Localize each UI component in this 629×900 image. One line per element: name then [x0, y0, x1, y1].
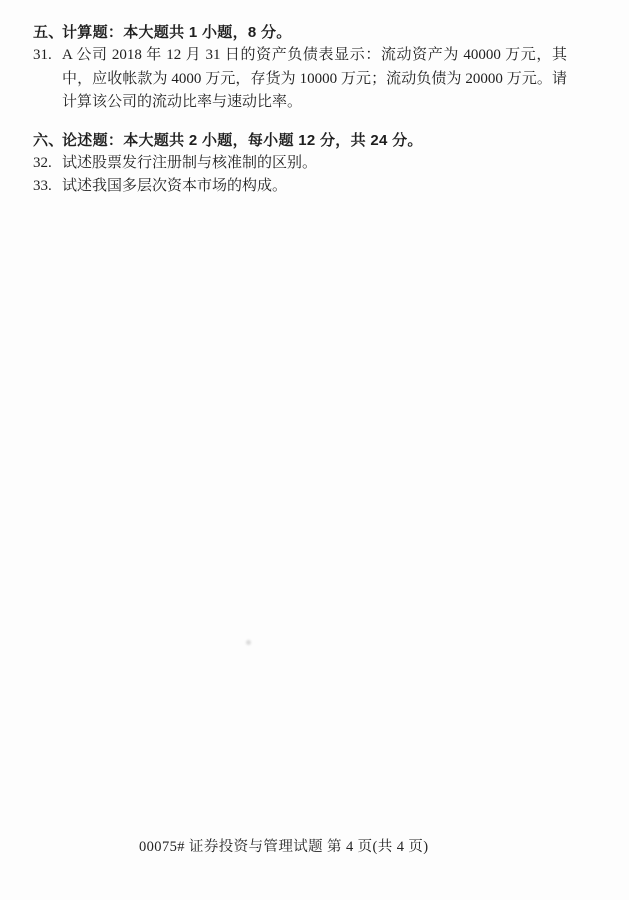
- section-number: 六、: [33, 129, 62, 152]
- question-31: 31. A 公司 2018 年 12 月 31 日的资产负债表显示：流动资产为 …: [33, 44, 567, 114]
- question-number: 32.: [33, 152, 62, 175]
- question-text: 试述股票发行注册制与核准制的区别。: [62, 152, 567, 175]
- section-heading-text: 计算题：本大题共 1 小题，8 分。: [62, 21, 567, 44]
- question-number: 31.: [33, 44, 62, 114]
- section-heading-text: 论述题：本大题共 2 小题，每小题 12 分，共 24 分。: [62, 129, 567, 152]
- question-33: 33. 试述我国多层次资本市场的构成。: [33, 175, 567, 198]
- section-heading: 六、 论述题：本大题共 2 小题，每小题 12 分，共 24 分。: [33, 129, 567, 152]
- section-essay: 六、 论述题：本大题共 2 小题，每小题 12 分，共 24 分。 32. 试述…: [33, 129, 567, 199]
- scan-artifact-dot: [246, 640, 251, 645]
- question-text: 试述我国多层次资本市场的构成。: [62, 175, 567, 198]
- section-number: 五、: [33, 21, 62, 44]
- page-footer: 00075# 证券投资与管理试题 第 4 页(共 4 页): [139, 837, 429, 857]
- exam-content: 五、 计算题：本大题共 1 小题，8 分。 31. A 公司 2018 年 12…: [33, 21, 567, 199]
- section-heading: 五、 计算题：本大题共 1 小题，8 分。: [33, 21, 567, 44]
- exam-paper-page: 五、 计算题：本大题共 1 小题，8 分。 31. A 公司 2018 年 12…: [0, 0, 629, 900]
- question-text: A 公司 2018 年 12 月 31 日的资产负债表显示：流动资产为 4000…: [62, 44, 567, 114]
- question-number: 33.: [33, 175, 62, 198]
- question-32: 32. 试述股票发行注册制与核准制的区别。: [33, 152, 567, 175]
- section-calculation: 五、 计算题：本大题共 1 小题，8 分。 31. A 公司 2018 年 12…: [33, 21, 567, 115]
